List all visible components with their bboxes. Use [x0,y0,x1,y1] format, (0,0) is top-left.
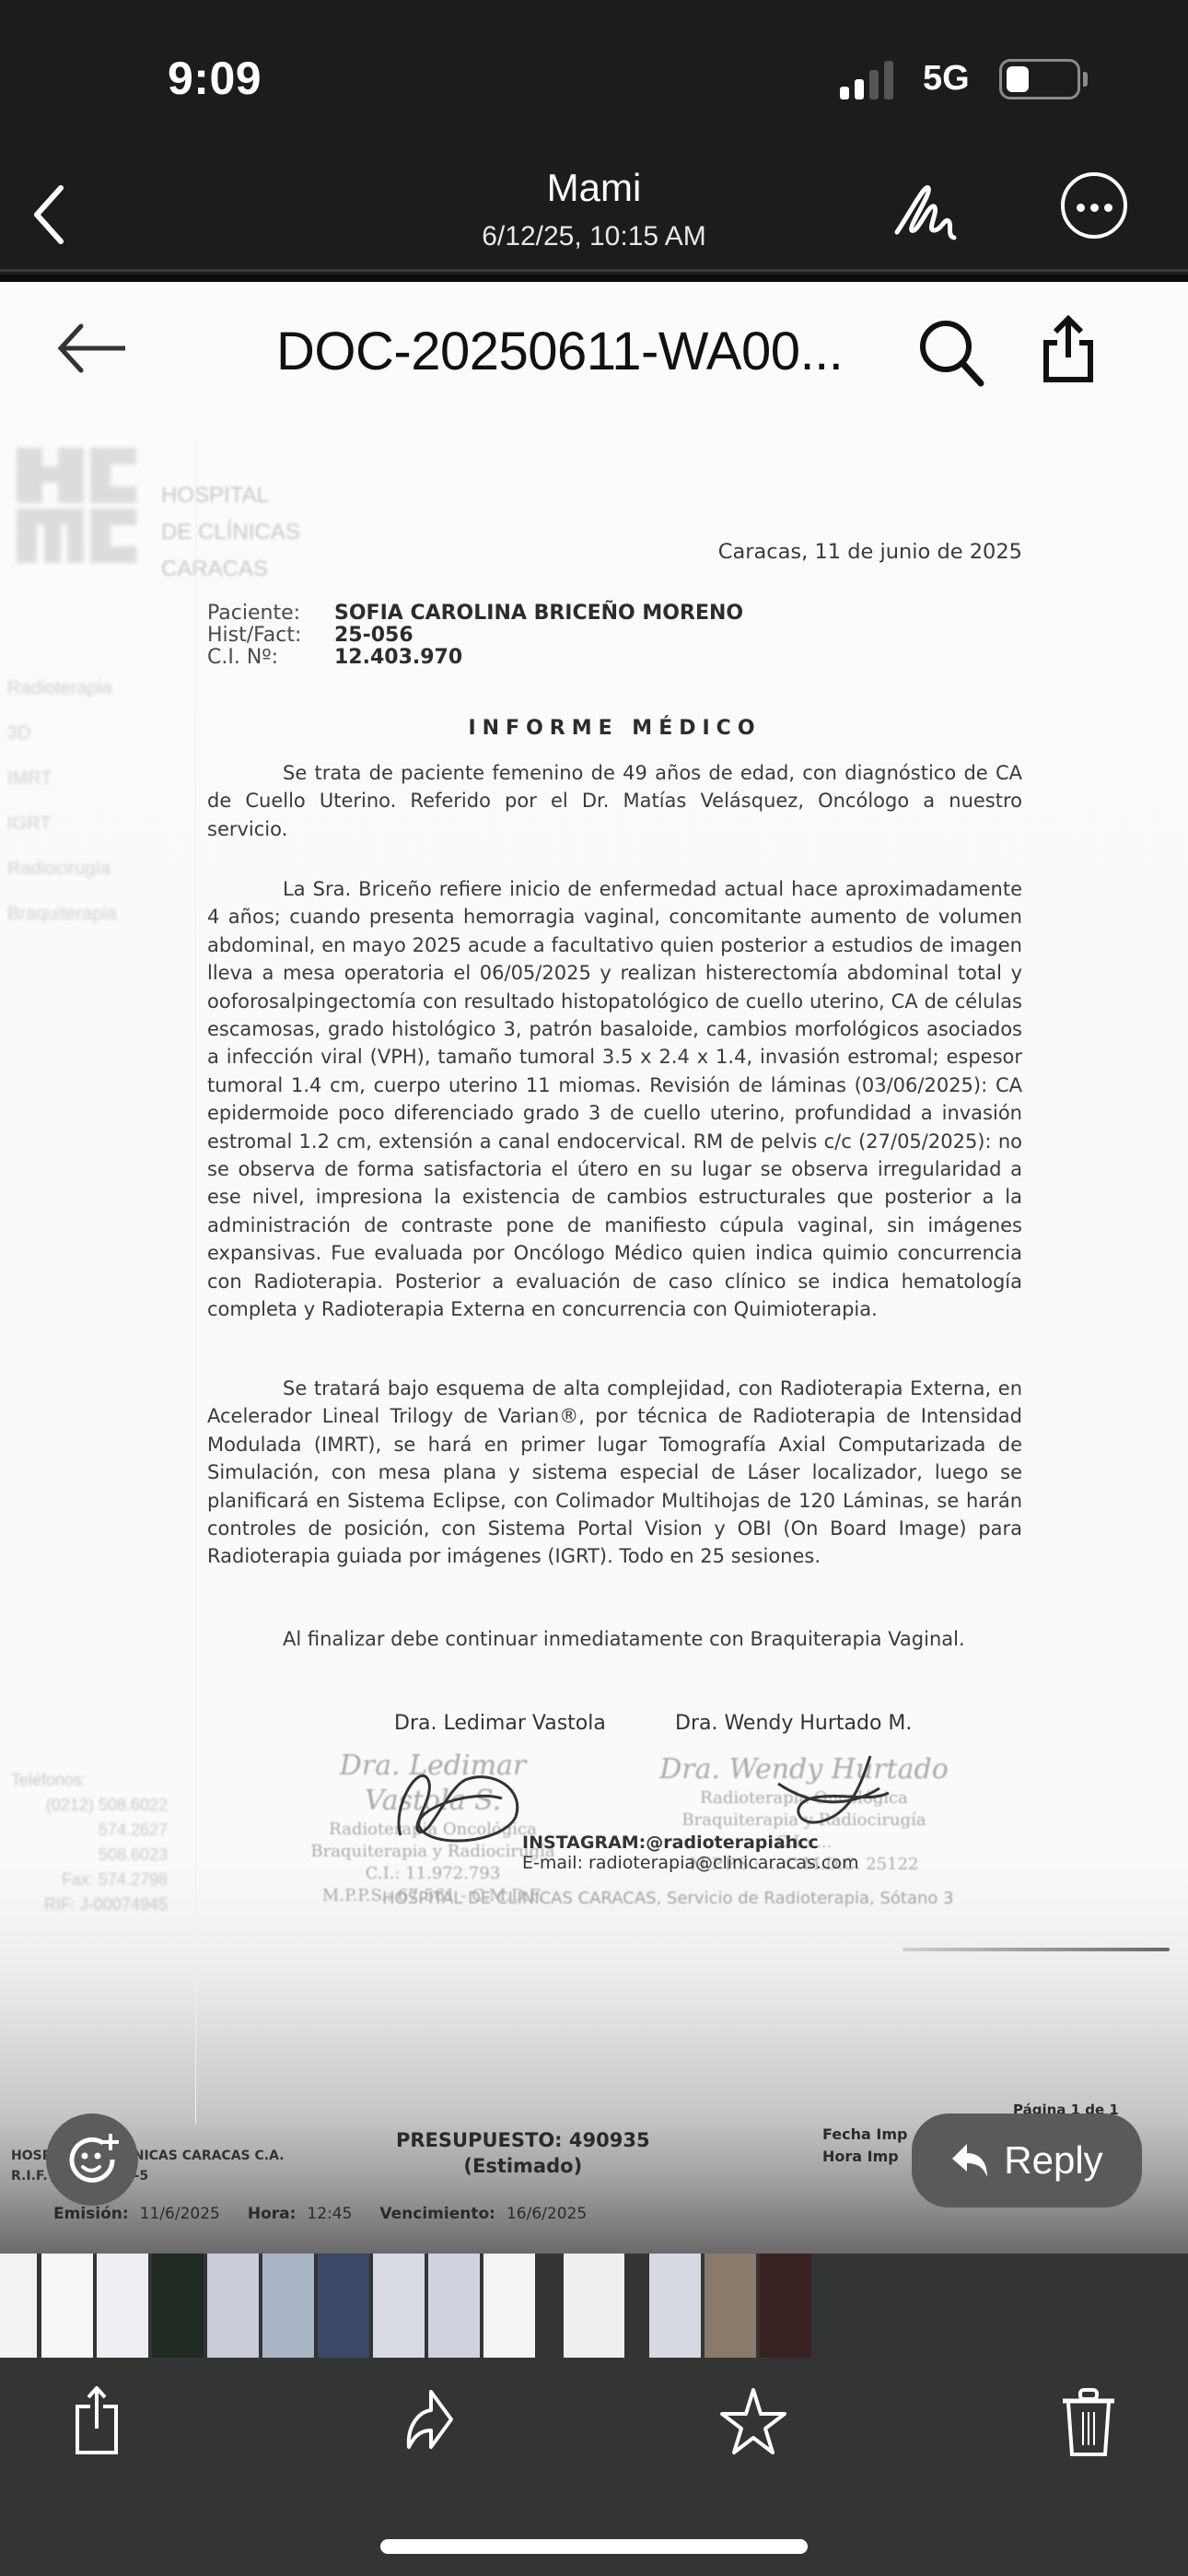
thumbnail[interactable] [262,2254,314,2358]
trash-icon [1052,2386,1125,2460]
hospital-name: Hospital de Clínicas Caracas [161,477,300,588]
home-indicator[interactable] [380,2539,808,2554]
report-paragraph: Se trata de paciente femenino de 49 años… [207,759,1022,843]
id-number: 12.403.970 [334,647,462,669]
reply-arrow-icon [950,2142,991,2179]
pdf-search-button [916,317,986,387]
thumbnail[interactable] [760,2254,811,2358]
signal-strength-icon [840,59,904,100]
thumbnail[interactable] [373,2254,425,2358]
thumbnail[interactable] [483,2254,535,2358]
thumbnail[interactable] [152,2254,204,2358]
forward-button[interactable] [394,2386,468,2460]
more-options-button[interactable] [1061,172,1127,239]
services-sidebar: Radioterapia 3D IMRT IGRT Radiocirugía B… [7,678,117,949]
thumbnail[interactable] [318,2254,369,2358]
signatory-name: Dra. Wendy Hurtado M. [675,1712,912,1735]
status-bar: 9:09 5G [0,0,1188,147]
document-photo: DOC-20250611-WA00... [0,282,1188,2254]
contact-email: E-mail: radioterapia@clinicaracas.com [522,1853,858,1873]
add-reaction-icon [46,2113,138,2206]
reply-label: Reply [1004,2138,1102,2183]
thumbnail-strip[interactable] [0,2254,1188,2362]
pdf-back-button [55,321,129,376]
battery-tip [1083,72,1088,87]
letterhead-divider [195,439,196,2125]
share-icon [63,2386,136,2460]
signature-mark [364,1752,530,1854]
message-date: 6/12/25, 10:15 AM [0,221,1188,252]
print-info: Fecha Imp Hora Imp [822,2124,907,2168]
search-icon [916,317,986,387]
thumbnail[interactable] [97,2254,148,2358]
patient-name: SOFIA CAROLINA BRICEÑO MORENO [334,603,743,625]
instagram-handle: INSTAGRAM:@radioterapiahcc [522,1832,858,1853]
report-date: Caracas, 11 de junio de 2025 [718,540,1022,564]
share-button[interactable] [63,2386,136,2460]
budget-title: PRESUPUESTO: 490935 (Estimado) [396,2127,650,2179]
star-button[interactable] [716,2386,790,2460]
network-type: 5G [923,59,970,99]
report-paragraph: Se tratará bajo esquema de alta compleji… [207,1375,1022,1571]
thumbnail[interactable] [207,2254,259,2358]
footer-address: HOSPITAL DE CLINICAS CARACAS, Servicio d… [382,1889,954,1908]
hospital-logo [17,448,136,563]
patient-info: Paciente:SOFIA CAROLINA BRICEÑO MORENO H… [207,603,743,669]
thumbnail[interactable] [705,2254,756,2358]
thumbnail[interactable] [428,2254,480,2358]
pdf-share-button [1041,315,1096,385]
attachment-image-viewer[interactable]: DOC-20250611-WA00... [0,275,1188,2254]
signature-icon [893,173,967,247]
history-number: 25-056 [334,625,413,647]
battery-icon [999,59,1080,100]
reply-button[interactable]: Reply [912,2113,1142,2207]
page-edge-line [903,1948,1170,1951]
star-icon [716,2386,790,2460]
delete-button[interactable] [1052,2386,1125,2460]
phone-list: Teléfonos: (0212) 508.6022 574.2627 508.… [11,1768,168,1917]
forward-icon [394,2386,468,2460]
budget-dates: Emisión:11/6/2025 Hora:12:45 Vencimiento… [53,2205,587,2223]
markup-button[interactable] [893,173,967,247]
report-heading: INFORME MÉDICO [207,717,1022,740]
pdf-file-title: DOC-20250611-WA00... [276,321,843,382]
thumbnail[interactable] [649,2254,701,2358]
add-reaction-button[interactable] [46,2113,138,2206]
contact-name: Mami [0,166,1188,210]
thumbnail[interactable] [41,2254,93,2358]
chat-header: Mami 6/12/25, 10:15 AM [0,147,1188,272]
report-paragraph: La Sra. Briceño refiere inicio de enferm… [207,875,1022,1324]
thumbnail[interactable] [0,2254,37,2358]
thumbnail[interactable] [564,2254,624,2358]
status-time: 9:09 [168,52,262,105]
arrow-left-icon [55,321,129,376]
contact-block: INSTAGRAM:@radioterapiahcc E-mail: radio… [522,1832,858,1873]
share-icon [1041,315,1096,385]
signatory-name: Dra. Ledimar Vastola [394,1712,606,1735]
signature-mark [769,1747,898,1839]
report-paragraph: Al finalizar debe continuar inmediatamen… [207,1625,1022,1653]
